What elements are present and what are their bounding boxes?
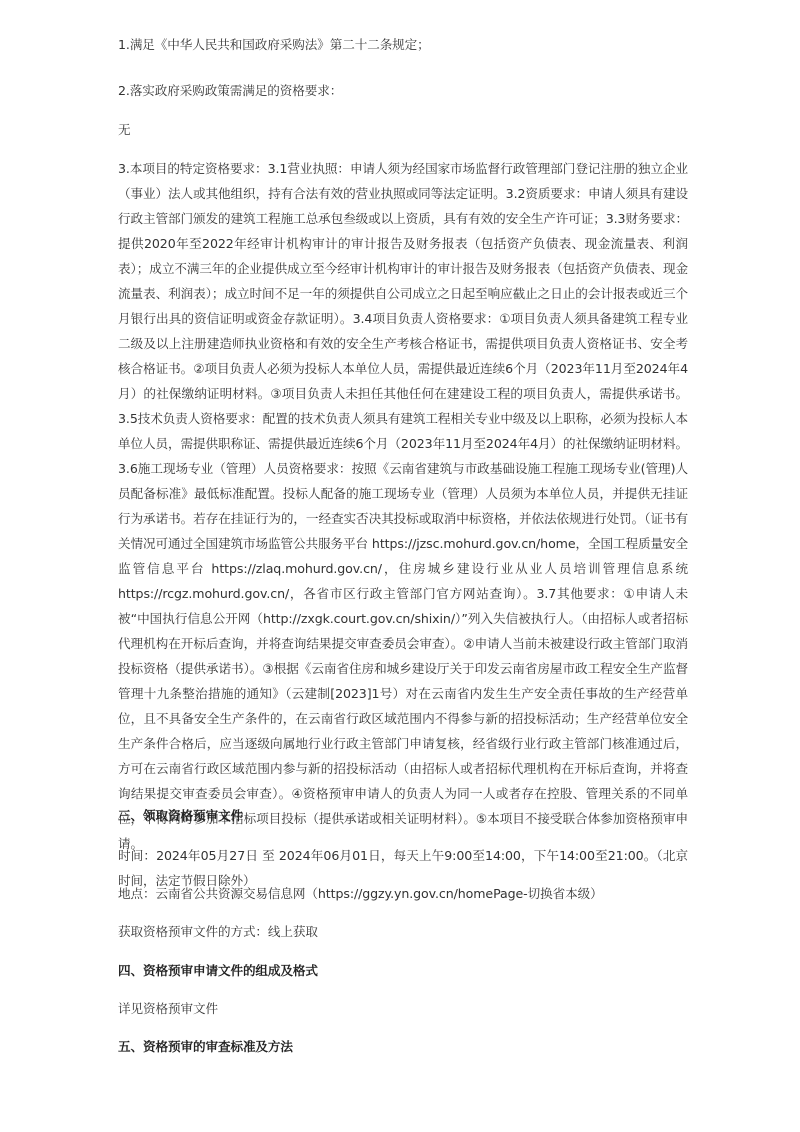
requirement-2-value: 无 <box>118 117 688 142</box>
requirement-3-specific: 3.本项目的特定资格要求：3.1营业执照：申请人须为经国家市场监督行政管理部门登… <box>118 156 688 856</box>
section-heading-4: 四、资格预审申请文件的组成及格式 <box>118 958 688 983</box>
acquire-method: 获取资格预审文件的方式：线上获取 <box>118 919 688 944</box>
acquire-location: 地点：云南省公共资源交易信息网（https://ggzy.yn.gov.cn/h… <box>118 881 688 906</box>
requirement-1: 1.满足《中华人民共和国政府采购法》第二十二条规定； <box>118 32 688 57</box>
requirement-2: 2.落实政府采购政策需满足的资格要求： <box>118 78 688 103</box>
section-heading-3: 三、领取资格预审文件 <box>118 803 688 828</box>
section-heading-5: 五、资格预审的审查标准及方法 <box>118 1034 688 1059</box>
application-format-note: 详见资格预审文件 <box>118 996 688 1021</box>
